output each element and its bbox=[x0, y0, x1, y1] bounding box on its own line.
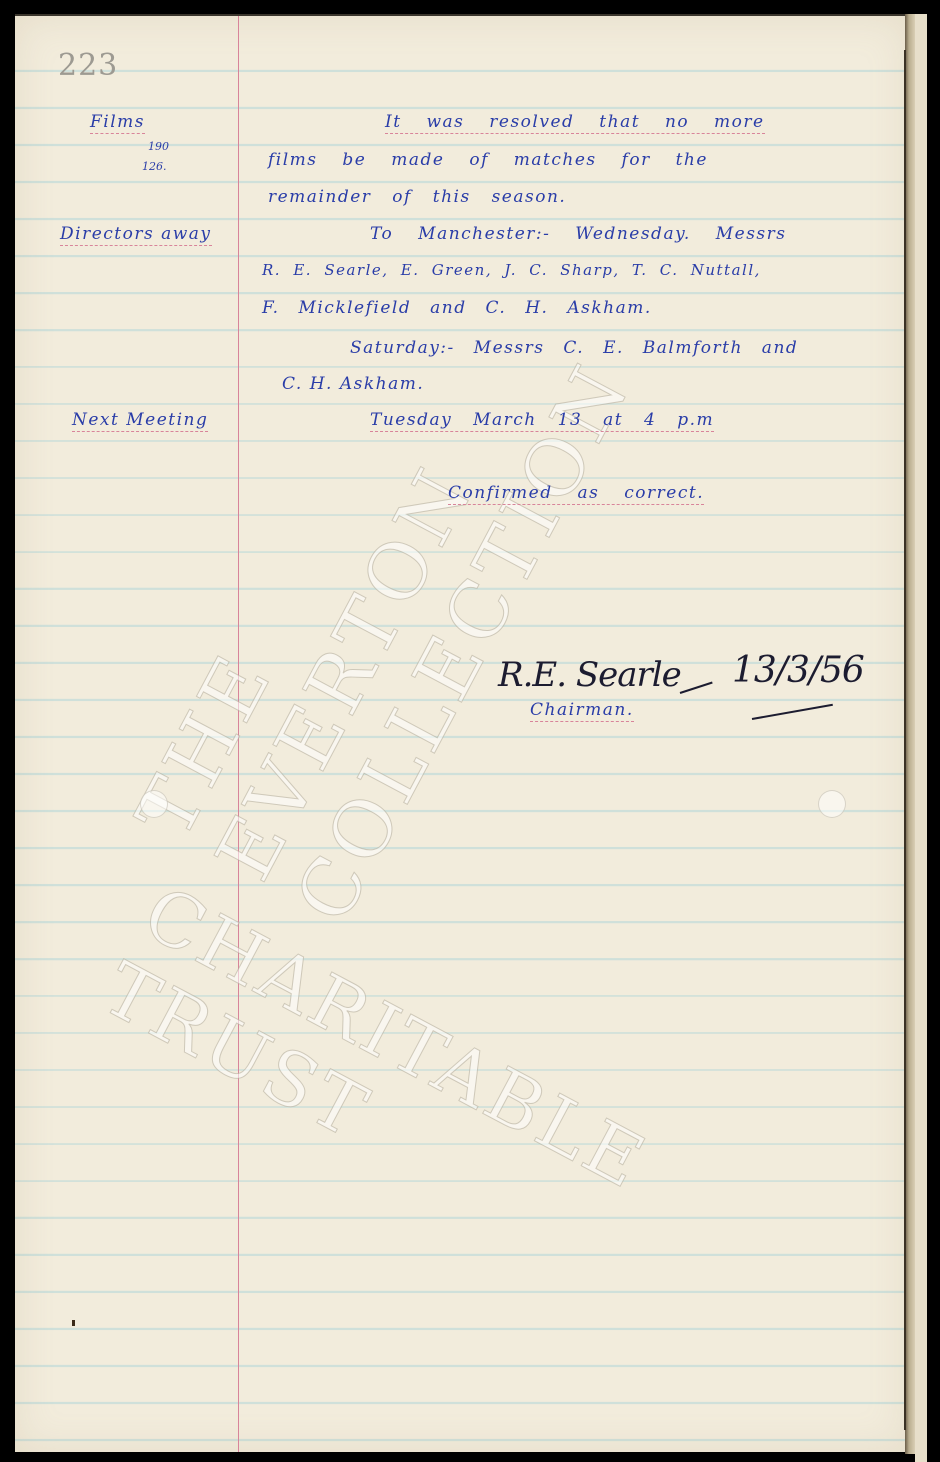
heading-next-meeting: Next Meeting bbox=[72, 410, 208, 430]
chairman-title: Chairman. bbox=[530, 700, 634, 720]
signature-date: 13/3/56 bbox=[732, 650, 864, 691]
watermark-dot-right bbox=[818, 790, 846, 818]
directors-line-3: F. Micklefield and C. H. Askham. bbox=[262, 298, 652, 318]
films-line-1: It was resolved that no more bbox=[385, 112, 765, 132]
confirmation-text: Confirmed as correct. bbox=[448, 483, 704, 503]
margin-note-1: 190 bbox=[148, 140, 169, 153]
chairman-signature: R.E. Searle bbox=[498, 655, 681, 695]
watermark-dot-left bbox=[140, 790, 168, 818]
page-number: 223 bbox=[58, 48, 118, 83]
binding-crease bbox=[904, 50, 906, 1430]
heading-films: Films bbox=[90, 112, 145, 132]
next-meeting-line: Tuesday March 13 at 4 p.m bbox=[370, 410, 714, 430]
ink-speck bbox=[72, 1320, 75, 1326]
directors-line-1: To Manchester:- Wednesday. Messrs bbox=[370, 224, 787, 244]
heading-directors-away: Directors away bbox=[60, 224, 212, 244]
films-line-2: films be made of matches for the bbox=[268, 150, 708, 170]
directors-line-5: C. H. Askham. bbox=[282, 374, 424, 394]
margin-note-2: 126. bbox=[142, 160, 167, 173]
films-line-3: remainder of this season. bbox=[268, 187, 566, 207]
next-page-edge bbox=[915, 14, 927, 1462]
directors-line-4: Saturday:- Messrs C. E. Balmforth and bbox=[350, 338, 798, 358]
binding-gutter bbox=[905, 14, 915, 1454]
directors-line-2: R. E. Searle, E. Green, J. C. Sharp, T. … bbox=[262, 261, 761, 279]
